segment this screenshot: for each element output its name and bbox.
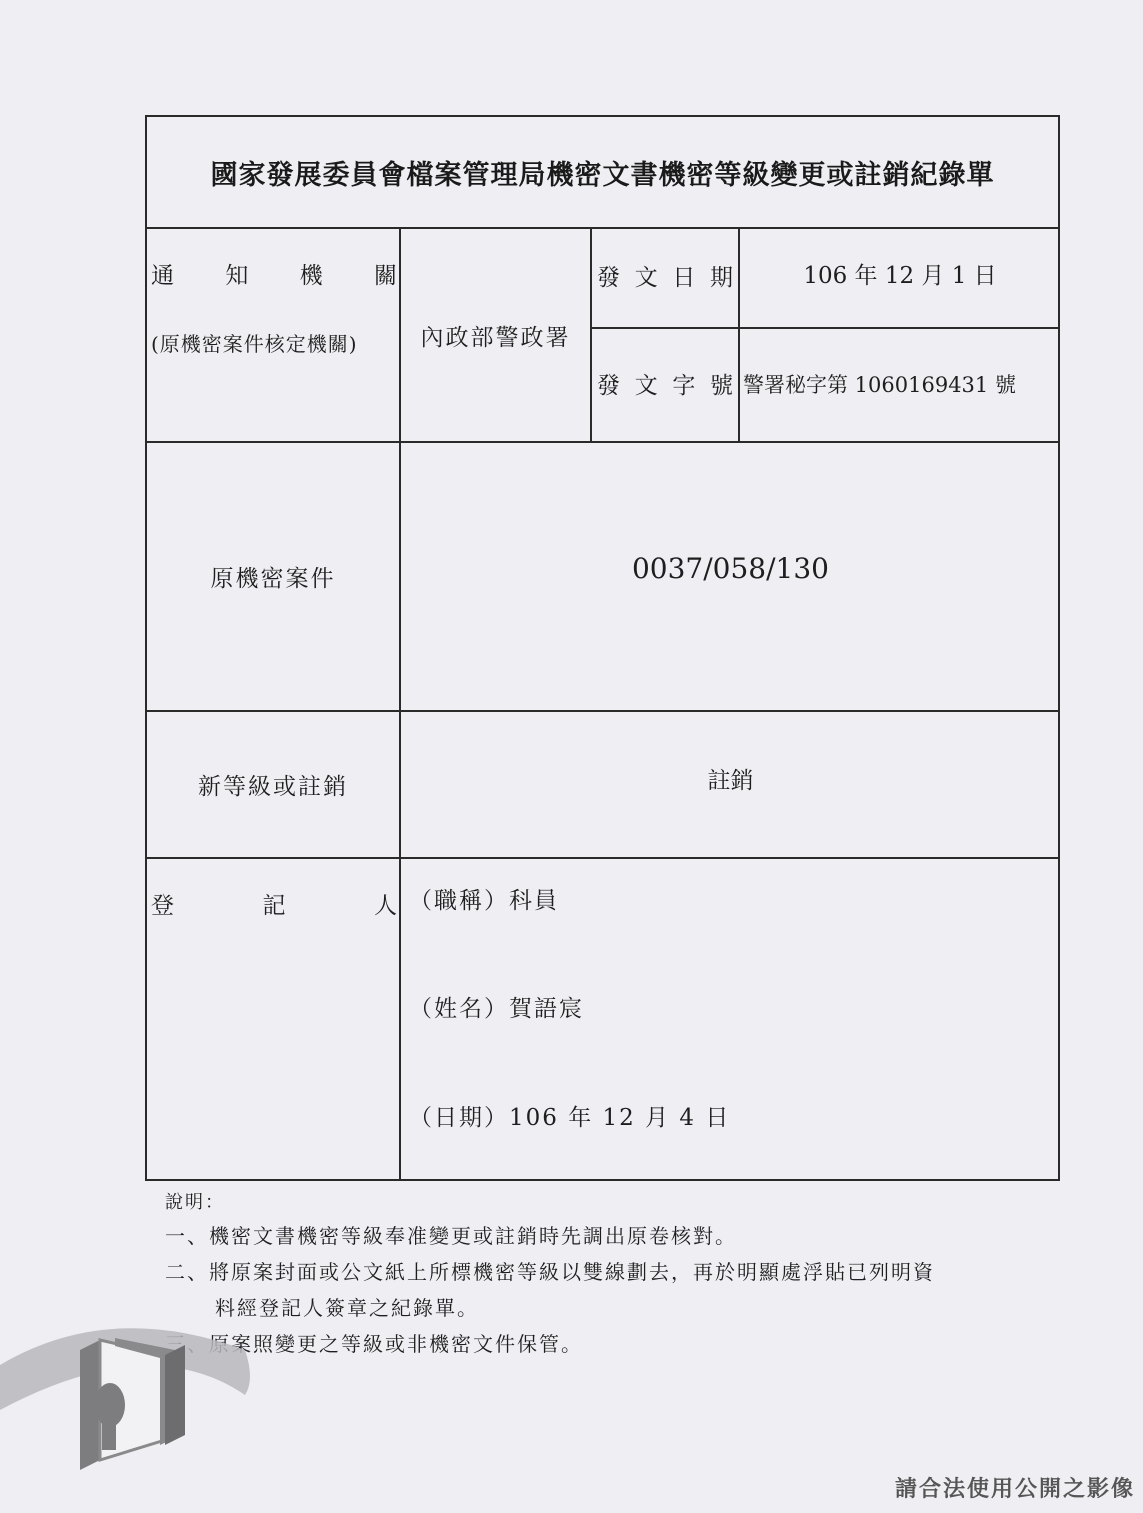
registrant-name: （姓名）賀語宸 [409,990,584,1023]
new-level-value: 註銷 [401,762,1060,795]
note-item: 三、原案照變更之等級或非機密文件保管。 [165,1326,935,1362]
divider [590,229,592,441]
label-char: 號 [710,367,733,400]
divider [147,857,1060,859]
registrant-label: 登 記 人 [151,887,397,920]
issue-date-label: 發 文 日 期 [597,259,733,292]
registrant-title: （職稱）科員 [409,882,559,915]
note-item: 一、機密文書機密等級奉准變更或註銷時先調出原卷核對。 [165,1218,935,1254]
label-char: 登 [151,887,174,920]
issue-number-value: 警署秘字第 1060169431 號 [743,369,1059,399]
label-char: 知 [225,257,248,290]
label-char: 期 [710,259,733,292]
label-char: 文 [635,259,658,292]
notifying-agency-sublabel: (原機密案件核定機關) [151,328,397,357]
label-char: 發 [597,259,620,292]
issue-number-label: 發 文 字 號 [597,367,733,400]
notifying-agency-value: 內政部警政署 [401,229,590,441]
label-char: 記 [263,887,286,920]
usage-watermark: 請合法使用公開之影像 [895,1472,1135,1503]
label-char: 人 [374,887,397,920]
new-level-label: 新等級或註銷 [147,712,399,857]
notifying-agency-label: 通 知 機 關 (原機密案件核定機關) [151,257,397,357]
original-case-label: 原機密案件 [147,443,399,710]
notes-heading: 說明： [165,1188,935,1218]
divider [590,327,1060,329]
label-char: 關 [374,257,397,290]
label-char: 通 [151,257,174,290]
label-char: 日 [672,259,695,292]
notes-section: 說明： 一、機密文書機密等級奉准變更或註銷時先調出原卷核對。 二、將原案封面或公… [165,1188,935,1362]
issue-date-value: 106 年 12 月 1 日 [740,257,1060,290]
archive-keyhole-logo-icon [0,1310,260,1480]
label-char: 字 [672,367,695,400]
label-char: 機 [300,257,323,290]
original-case-value: 0037/058/130 [401,552,1060,585]
label-char: 文 [635,367,658,400]
label-char: 發 [597,367,620,400]
record-form: 國家發展委員會檔案管理局機密文書機密等級變更或註銷紀錄單 通 知 機 關 (原機… [145,115,1060,1181]
registrant-date: （日期）106 年 12 月 4 日 [409,1099,730,1132]
note-item-continuation: 料經登記人簽章之紀錄單。 [165,1290,935,1326]
form-title: 國家發展委員會檔案管理局機密文書機密等級變更或註銷紀錄單 [147,117,1058,229]
note-item: 二、將原案封面或公文紙上所標機密等級以雙線劃去，再於明顯處浮貼已列明資 [165,1254,935,1290]
